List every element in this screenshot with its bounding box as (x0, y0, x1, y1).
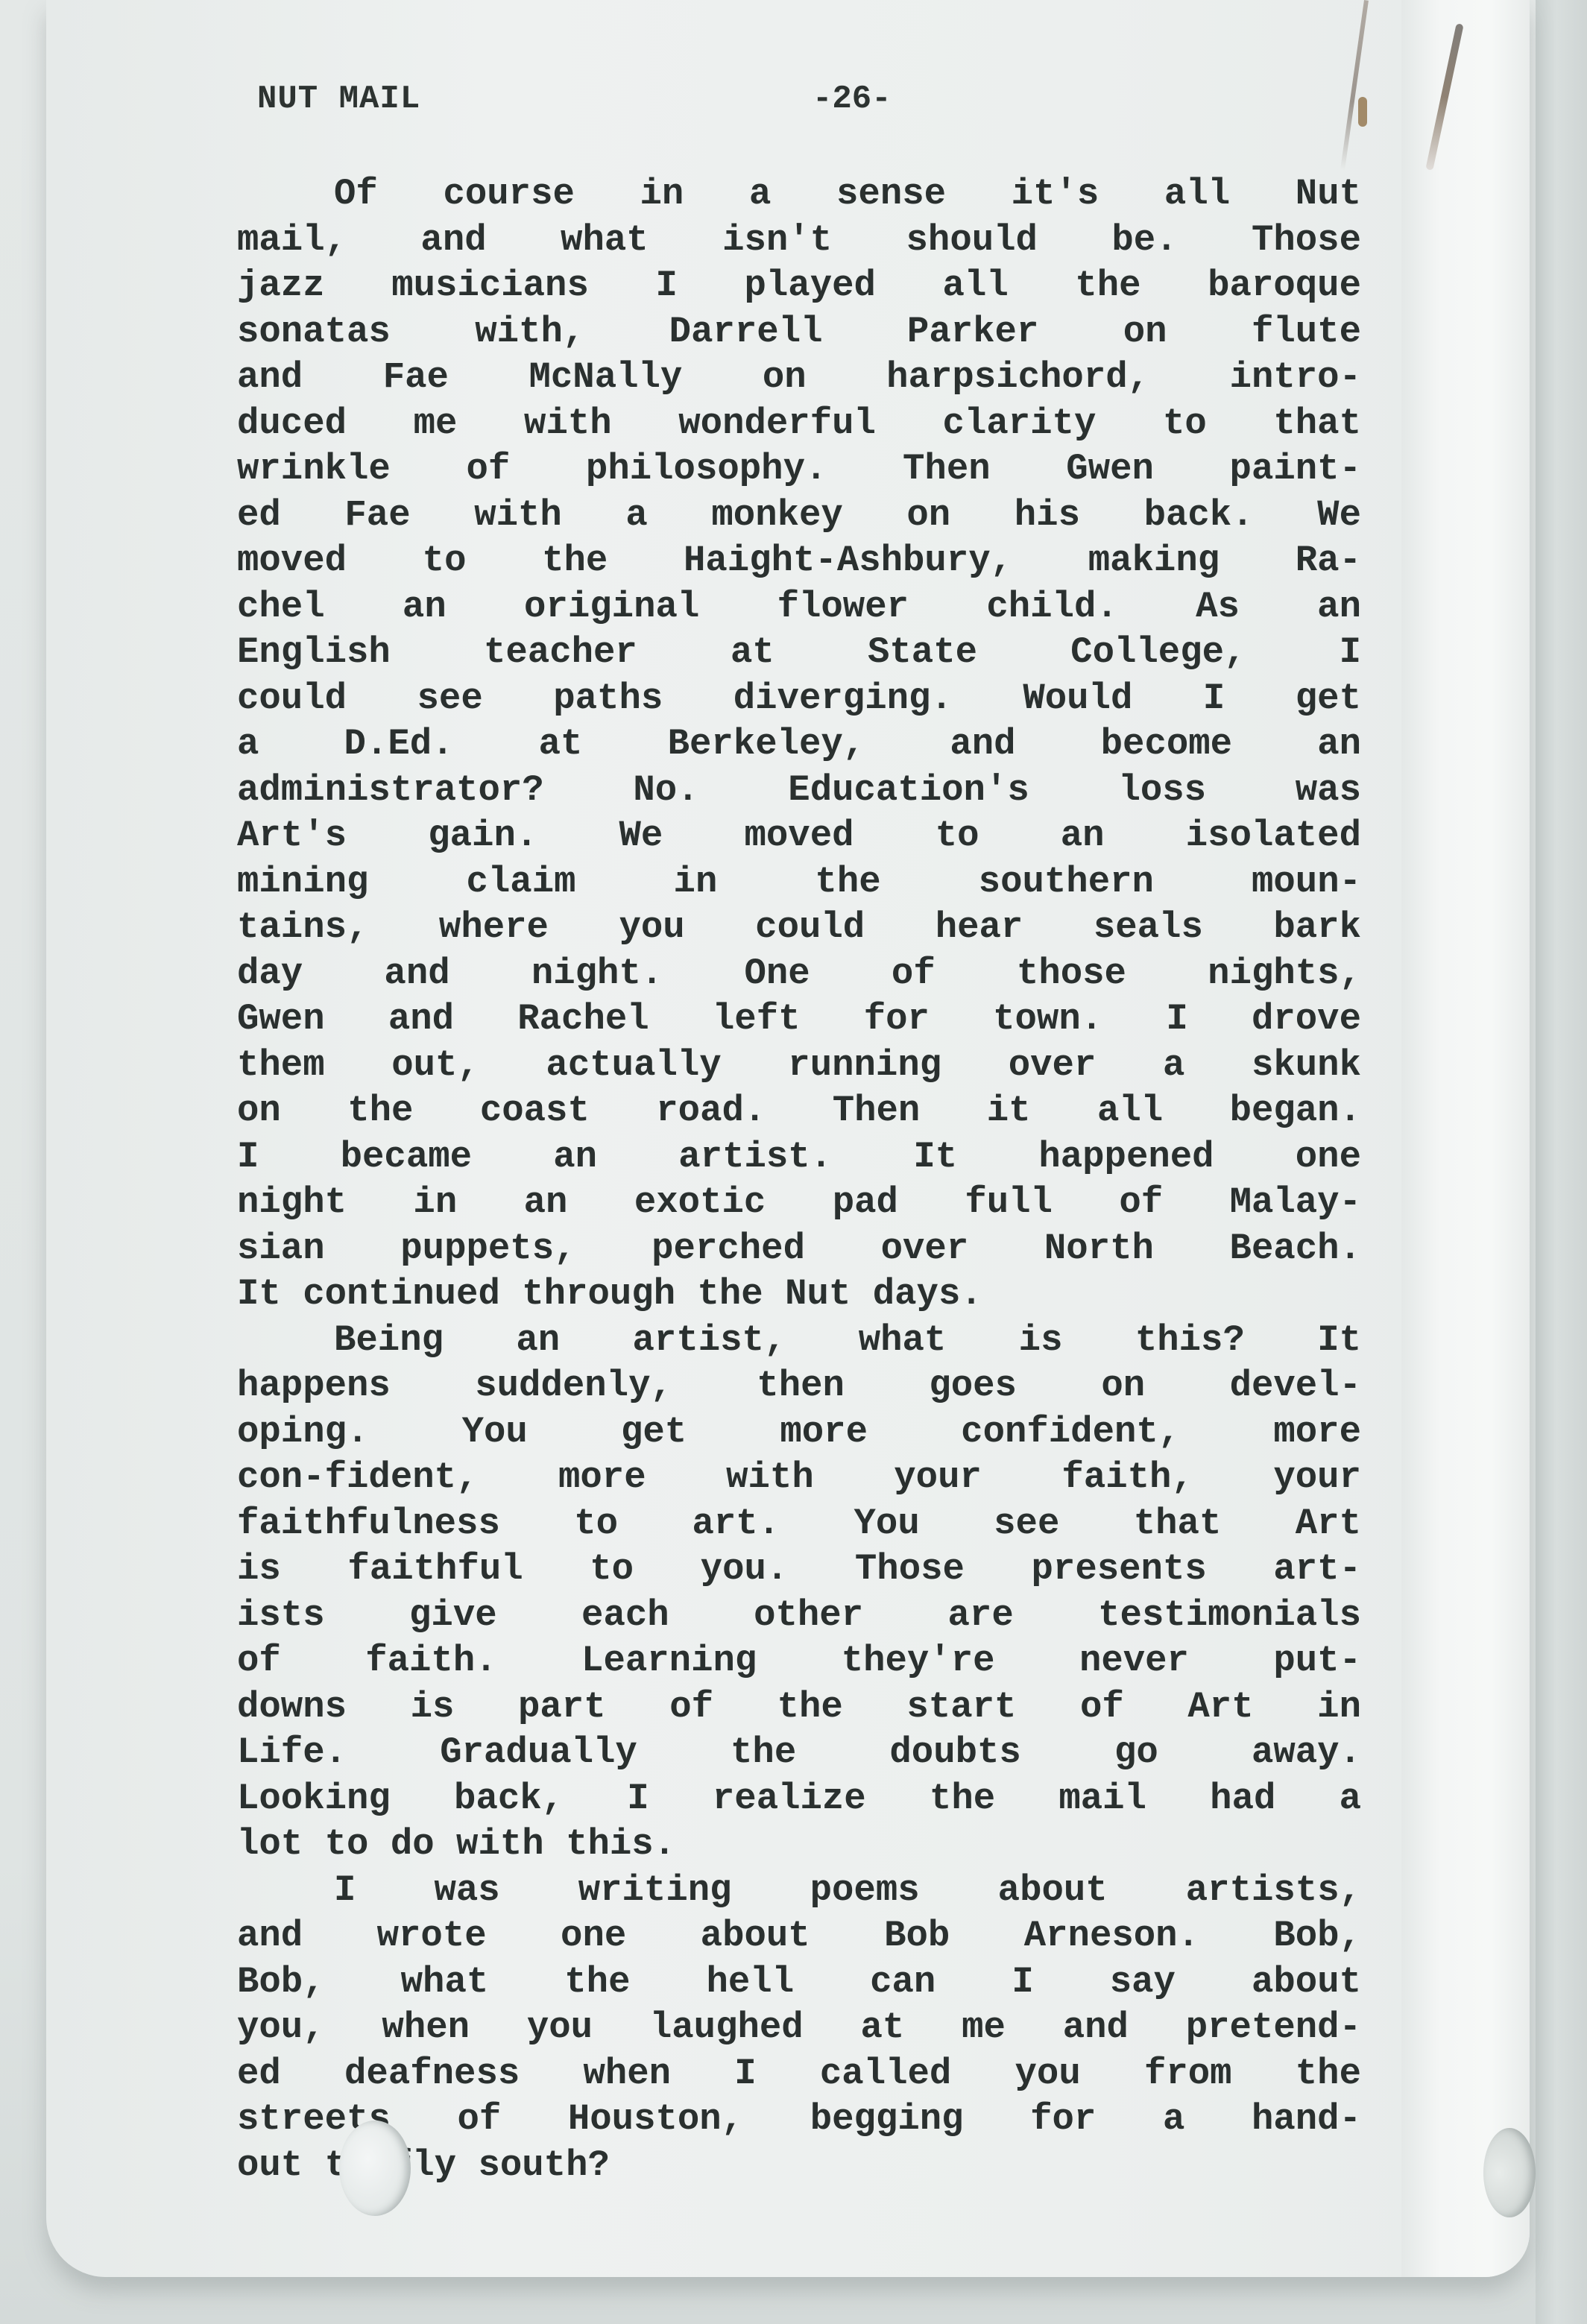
text-line: tains, where you could hear seals bark (237, 905, 1361, 951)
text-line: and Fae McNally on harpsichord, intro- (237, 355, 1361, 401)
text-line: happens suddenly, then goes on devel- (237, 1363, 1361, 1409)
document-body: Of course in a sense it's all Nutmail, a… (237, 171, 1361, 2188)
text-line: streets of Houston, begging for a hand- (237, 2097, 1361, 2143)
text-line: Looking back, I realize the mail had a (237, 1776, 1361, 1822)
text-line: them out, actually running over a skunk (237, 1043, 1361, 1089)
text-line: you, when you laughed at me and pretend- (237, 2005, 1361, 2051)
text-line: chel an original flower child. As an (237, 584, 1361, 631)
punch-hole-left (339, 2121, 411, 2216)
text-line: mail, and what isn't should be. Those (237, 218, 1361, 264)
text-line: duced me with wonderful clarity to that (237, 401, 1361, 447)
text-line: jazz musicians I played all the baroque (237, 263, 1361, 309)
adjacent-page-edge (1536, 0, 1587, 2324)
text-line: I was writing poems about artists, (237, 1868, 1361, 1914)
text-line: a D.Ed. at Berkeley, and become an (237, 721, 1361, 768)
text-line: on the coast road. Then it all began. (237, 1088, 1361, 1134)
text-line: wrinkle of philosophy. Then Gwen paint- (237, 446, 1361, 493)
text-line: oping. You get more confident, more (237, 1409, 1361, 1456)
text-line: downs is part of the start of Art in (237, 1684, 1361, 1731)
text-line: lot to do with this. (237, 1822, 1361, 1868)
text-line: administrator? No. Education's loss was (237, 768, 1361, 814)
text-line: faithfulness to art. You see that Art (237, 1501, 1361, 1547)
text-line: and wrote one about Bob Arneson. Bob, (237, 1913, 1361, 1960)
paragraph: Of course in a sense it's all Nutmail, a… (237, 171, 1361, 1318)
text-line: con-fident, more with your faith, your (237, 1455, 1361, 1501)
text-line: of faith. Learning they're never put- (237, 1638, 1361, 1684)
text-line: mining claim in the southern moun- (237, 859, 1361, 906)
text-line: could see paths diverging. Would I get (237, 676, 1361, 722)
paragraph: Being an artist, what is this? Ithappens… (237, 1318, 1361, 1868)
text-line: ists give each other are testimonials (237, 1593, 1361, 1639)
text-line: Life. Gradually the doubts go away. (237, 1730, 1361, 1776)
curled-page-edge (1401, 0, 1530, 2277)
text-line: sian puppets, perched over North Beach. (237, 1226, 1361, 1272)
text-line: is faithful to you. Those presents art- (237, 1547, 1361, 1593)
text-line: English teacher at State College, I (237, 630, 1361, 676)
text-line: I became an artist. It happened one (237, 1134, 1361, 1181)
text-line: ed Fae with a monkey on his back. We (237, 493, 1361, 539)
text-line: Of course in a sense it's all Nut (237, 171, 1361, 218)
page-number: -26- (813, 80, 892, 118)
text-line: day and night. One of those nights, (237, 951, 1361, 997)
text-line: night in an exotic pad full of Malay- (237, 1180, 1361, 1226)
text-line: Being an artist, what is this? It (237, 1318, 1361, 1364)
text-line: Gwen and Rachel left for town. I drove (237, 997, 1361, 1043)
rust-stain (1358, 97, 1367, 127)
text-line: ed deafness when I called you from the (237, 2051, 1361, 2097)
text-line: Bob, what the hell can I say about (237, 1960, 1361, 2006)
text-line: sonatas with, Darrell Parker on flute (237, 309, 1361, 356)
text-line: moved to the Haight-Ashbury, making Ra- (237, 538, 1361, 584)
newsletter-title: NUT MAIL (257, 80, 420, 118)
punch-hole-right (1483, 2128, 1536, 2217)
text-line: Art's gain. We moved to an isolated (237, 813, 1361, 859)
paragraph: I was writing poems about artists,and wr… (237, 1868, 1361, 2189)
text-line: It continued through the Nut days. (237, 1272, 1361, 1318)
